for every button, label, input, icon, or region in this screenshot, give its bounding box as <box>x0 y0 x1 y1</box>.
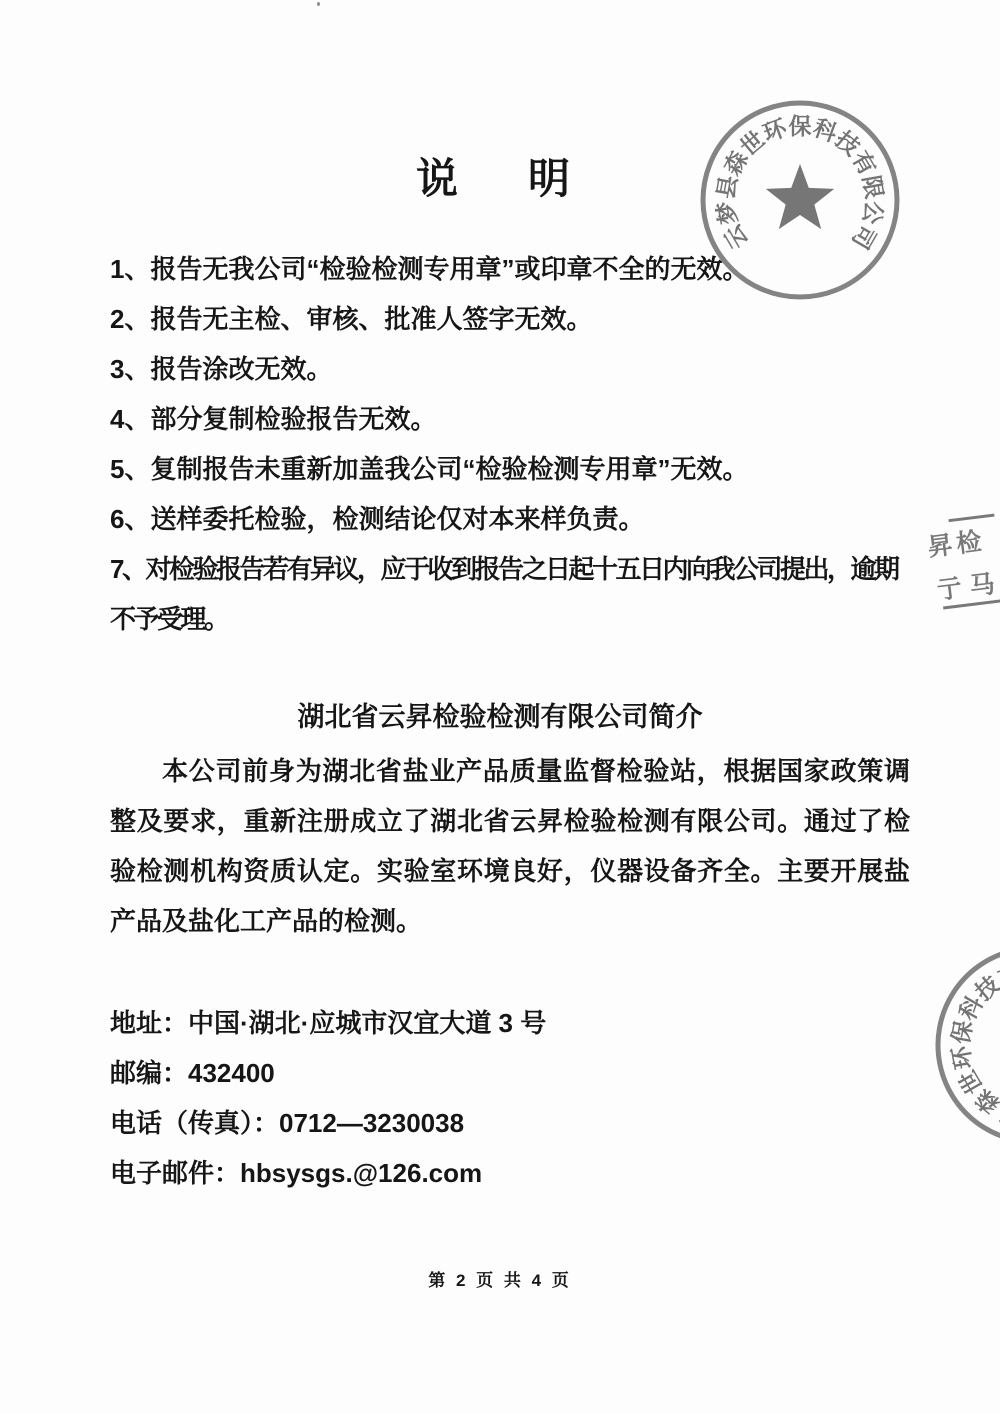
seal-ring <box>923 933 1000 1158</box>
company-intro-heading: 湖北省云昇检验检测有限公司简介 <box>0 695 1000 734</box>
note-item-3: 3、报告涂改无效。 <box>110 344 910 394</box>
company-round-seal-partial: 云梦县森世环保科技有限公司 <box>920 925 1000 1165</box>
note-item-5: 5、复制报告未重新加盖我公司“检验检测专用章”无效。 <box>110 444 910 494</box>
contact-postcode: 邮编：432400 <box>110 1048 546 1098</box>
note-item-4: 4、部分复制检验报告无效。 <box>110 394 910 444</box>
contact-address: 地址：中国·湖北·应城市汉宜大道 3 号 <box>110 998 546 1048</box>
stamp-fragment-text: 昇检 <box>925 521 987 564</box>
scan-speck <box>317 2 320 6</box>
page-number: 第 2 页 共 4 页 <box>0 1266 1000 1291</box>
note-item-6: 6、送样委托检验，检测结论仅对本来样负责。 <box>110 494 910 544</box>
rect-stamp-fragment: 昇检 亍马 <box>915 504 1000 625</box>
contact-phone: 电话（传真）：0712—3230038 <box>110 1098 546 1148</box>
note-item-7: 7、对检验报告若有异议，应于收到报告之日起十五日内向我公司提出，逾期不予受理。 <box>110 544 910 644</box>
contact-block: 地址：中国·湖北·应城市汉宜大道 3 号 邮编：432400 电话（传真）：07… <box>110 998 546 1198</box>
stamp-border-line <box>948 512 1000 522</box>
company-intro-paragraph: 本公司前身为湖北省盐业产品质量监督检验站，根据国家政策调整及要求，重新注册成立了… <box>110 746 910 946</box>
report-page: 说 明 1、报告无我公司“检验检测专用章”或印章不全的无效。 2、报告无主检、审… <box>0 0 1000 1413</box>
star-icon <box>994 1005 1000 1084</box>
star-icon <box>766 164 834 229</box>
company-round-seal: 云梦县森世环保科技有限公司 <box>685 80 915 320</box>
contact-email: 电子邮件：hbsysgs.@126.com <box>110 1148 546 1198</box>
